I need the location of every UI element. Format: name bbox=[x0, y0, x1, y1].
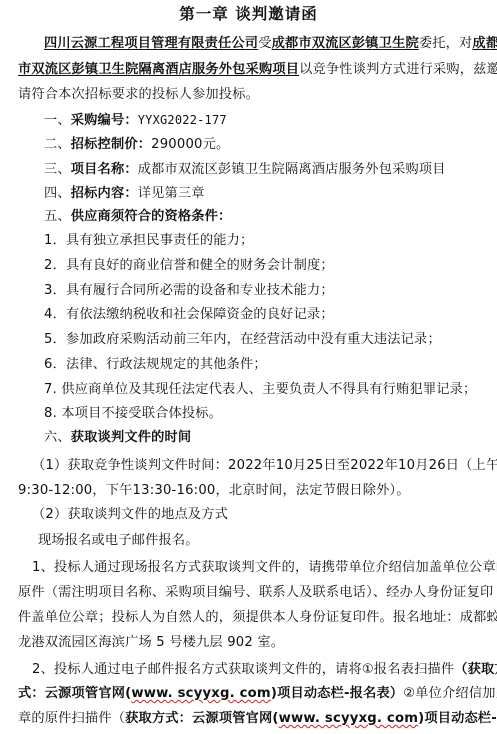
document-page: 第一章 谈判邀请函 四川云源工程项目管理有限责任公司受成都市双流区彭镇卫生院委托… bbox=[0, 0, 497, 734]
email-bold: （获取方 bbox=[454, 662, 497, 677]
qualification-item: 6．法律、行政法规规定的其他条件； bbox=[44, 356, 267, 374]
section-label: 招标控制价： bbox=[71, 137, 151, 152]
email-text: 2、投标人通过电子邮件报名方式获取谈判文件的，请将①报名表扫描件 bbox=[32, 662, 454, 677]
time-line-1: （1）获取竞争性谈判文件时间：2022年10月25日至2022年10月26日（上… bbox=[32, 457, 497, 475]
email-text: 章的原件扫描件（ bbox=[18, 711, 125, 726]
location-mode: 现场报名或电子邮件报名。 bbox=[38, 532, 199, 550]
section-bid-content: 四、招标内容：详见第三章 bbox=[44, 185, 205, 203]
intro-text: 以竞争性谈判方式进行采购，兹邀 bbox=[299, 62, 497, 77]
section-label: 供应商须符合的资格条件： bbox=[71, 209, 232, 224]
section-project-name: 三、项目名称：成都市双流区彭镇卫生院隔离酒店服务外包采购项目 bbox=[44, 161, 446, 179]
qualification-item: 5．参加政府采购活动前三年内，在经营活动中没有重大违法记录； bbox=[44, 331, 441, 349]
section-num: 一、 bbox=[44, 113, 71, 128]
section-label: 招标内容： bbox=[71, 186, 138, 201]
section-value: 详见第三章 bbox=[138, 186, 205, 201]
onsite-line-1: 1、投标人通过现场报名方式获取谈判文件的，请携带单位介绍信加盖单位公章的 bbox=[32, 559, 497, 577]
intro-line-2: 市双流区彭镇卫生院隔离酒店服务外包采购项目以竞争性谈判方式进行采购，兹邀 bbox=[18, 61, 497, 79]
section-value: YYXG2022-177 bbox=[138, 113, 227, 127]
qualification-item: 3．具有履行合同所必需的设备和专业技术能力； bbox=[44, 282, 334, 300]
section-value: 成都市双流区彭镇卫生院隔离酒店服务外包采购项目 bbox=[138, 162, 446, 177]
chapter-title: 第一章 谈判邀请函 bbox=[0, 4, 497, 24]
section-num: 四、 bbox=[44, 186, 71, 201]
section-procurement-number: 一、采购编号：YYXG2022-177 bbox=[44, 111, 227, 130]
intro-text: 委托，对 bbox=[419, 36, 473, 51]
client-name: 成都市双流区彭镇卫生院 bbox=[272, 36, 419, 51]
qualification-item: 1．具有独立承担民事责任的能力； bbox=[44, 232, 253, 250]
agency-name: 四川云源工程项目管理有限责任公司 bbox=[44, 36, 258, 51]
qualification-item: 7. 供应商单位及其现任法定代表人、主要负责人不得具有行贿犯罪记录； bbox=[44, 381, 476, 399]
email-bold: )项目动态栏-报名表， bbox=[418, 711, 497, 726]
email-line-3: 章的原件扫描件（获取方式：云源项管官网(www. scyyxg. com)项目动… bbox=[18, 710, 497, 728]
intro-line-3: 请符合本次招标要求的投标人参加投标。 bbox=[18, 86, 259, 104]
qualification-item: 4．有依法缴纳税收和社会保障资金的良好记录； bbox=[44, 306, 334, 324]
qualification-item: 2．具有良好的商业信誉和健全的财务会计制度； bbox=[44, 257, 334, 275]
email-bold: )项目动态栏-报名表） bbox=[271, 686, 403, 701]
section-num: 五、 bbox=[44, 209, 71, 224]
section-qualifications: 五、供应商须符合的资格条件： bbox=[44, 208, 231, 226]
project-name-part1: 成都 bbox=[472, 36, 497, 51]
time-line-2: 9:30-12:00，下午13:30-16:00，北京时间，法定节假日除外）。 bbox=[18, 482, 410, 500]
email-text: ②单位介绍信加盖单位公 bbox=[403, 686, 497, 701]
email-bold: 式：云源项管官网( bbox=[18, 686, 131, 701]
location-heading: （2）获取谈判文件的地点及方式 bbox=[32, 506, 228, 524]
email-bold: 获取方式：云源项管官网( bbox=[125, 711, 279, 726]
section-num: 六、 bbox=[44, 430, 71, 445]
qualification-item: 8. 本项目不接受联合体投标。 bbox=[44, 405, 222, 423]
section-label: 采购编号： bbox=[71, 113, 138, 128]
intro-text: 受 bbox=[258, 36, 271, 51]
project-name-part2: 市双流区彭镇卫生院隔离酒店服务外包采购项目 bbox=[18, 62, 299, 77]
intro-line-1: 四川云源工程项目管理有限责任公司受成都市双流区彭镇卫生院委托，对成都 bbox=[44, 35, 497, 53]
section-label: 项目名称： bbox=[71, 162, 138, 177]
section-num: 三、 bbox=[44, 162, 71, 177]
onsite-line-4: 龙港双流园区海滨广场 5 号楼九层 902 室。 bbox=[18, 634, 284, 652]
section-num: 二、 bbox=[44, 137, 71, 152]
onsite-line-2: 原件（需注明项目名称、采购项目编号、联系人及联系电话）、经办人身份证复印 bbox=[18, 584, 493, 602]
section-document-time: 六、获取谈判文件的时间 bbox=[44, 429, 191, 447]
website-url: www. scyyxg. com bbox=[279, 711, 419, 726]
onsite-line-3: 件盖单位公章；投标人为自然人的，须提供本人身份证复印件。报名地址：成都蛟 bbox=[18, 609, 497, 627]
section-label: 获取谈判文件的时间 bbox=[71, 430, 192, 445]
website-url: www. scyyxg. com bbox=[131, 686, 271, 701]
section-value: 290000元。 bbox=[151, 137, 229, 152]
email-line-1: 2、投标人通过电子邮件报名方式获取谈判文件的，请将①报名表扫描件（获取方 bbox=[32, 661, 497, 679]
email-line-2: 式：云源项管官网(www. scyyxg. com)项目动态栏-报名表）②单位介… bbox=[18, 685, 497, 703]
section-control-price: 二、招标控制价：290000元。 bbox=[44, 136, 229, 154]
